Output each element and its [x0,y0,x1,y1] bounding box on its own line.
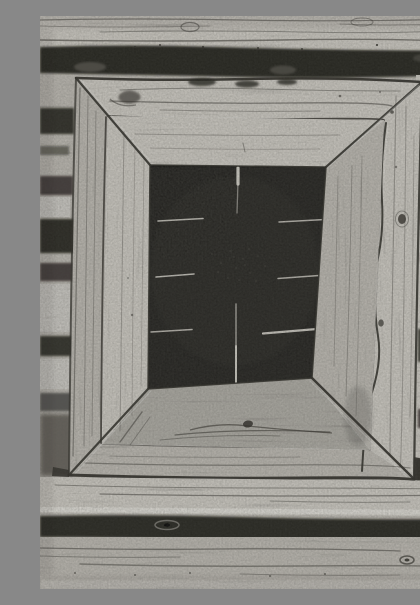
photograph: A weathered square window in a log cabin… [40,16,420,589]
window-photo-canvas [40,16,420,589]
film-grain-overlay [40,16,420,589]
